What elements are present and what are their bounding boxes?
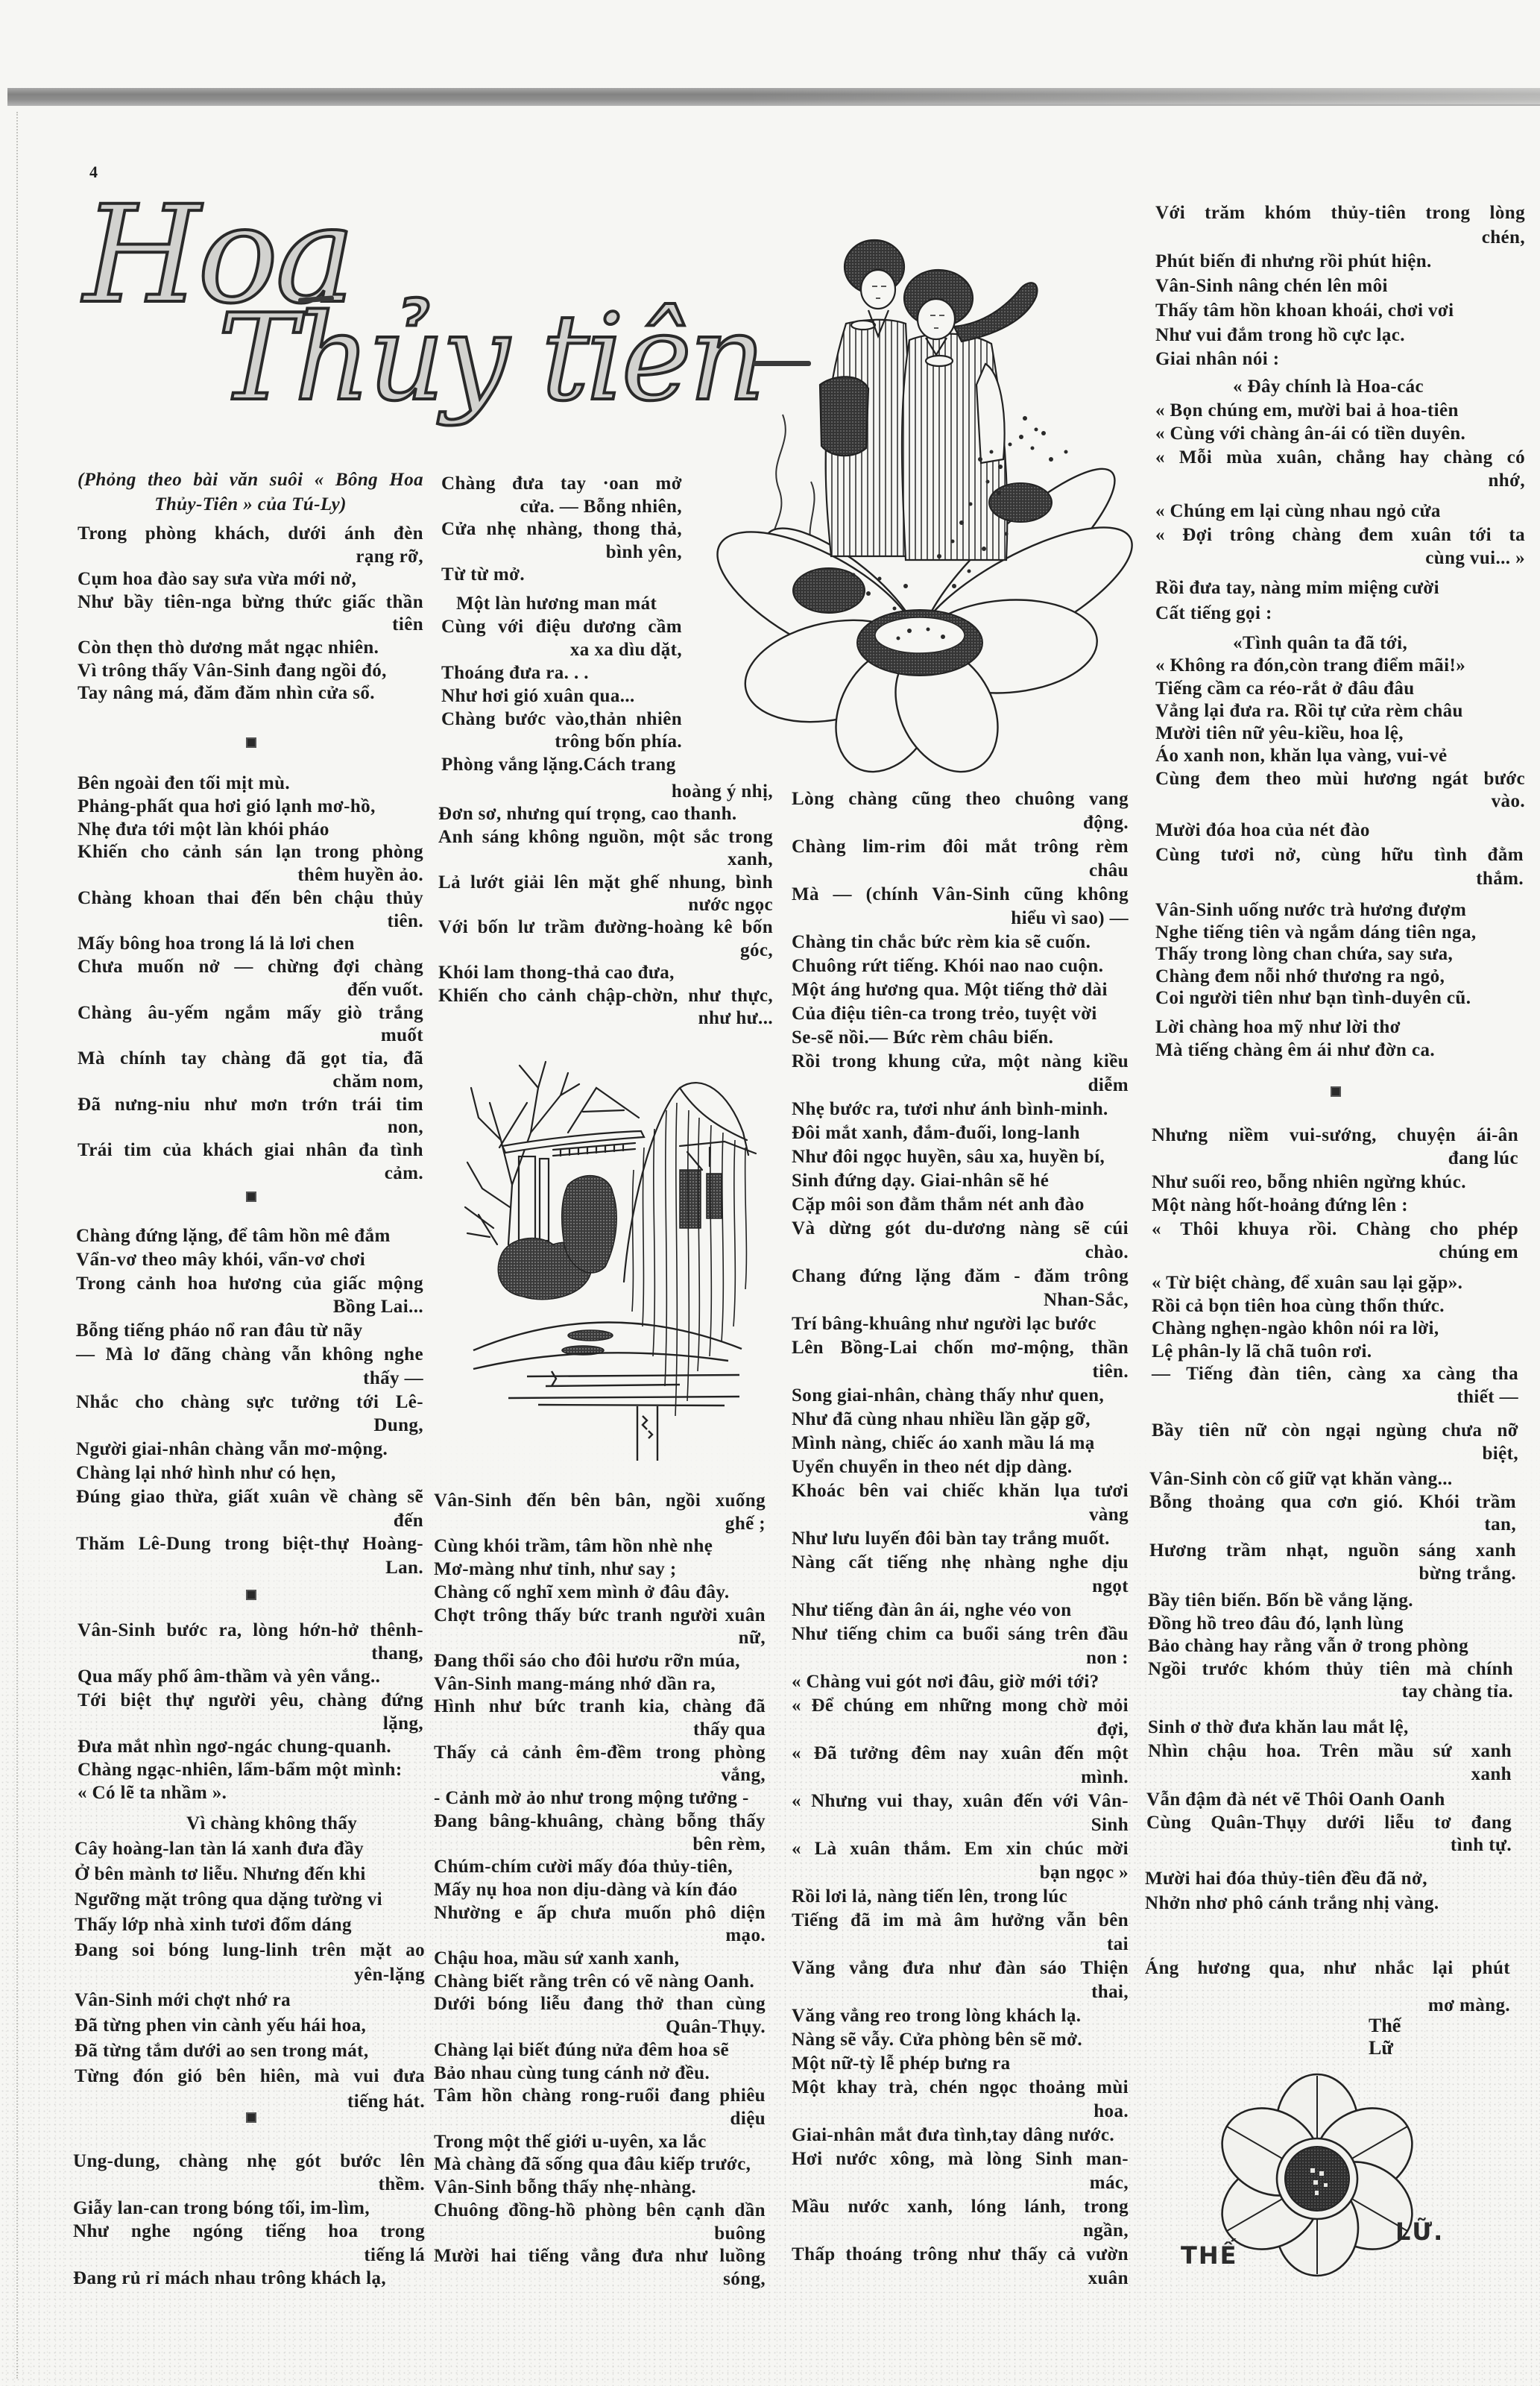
verse-line: Bầy tiên nữ còn ngại ngùng chưa nỡ xyxy=(1152,1420,1518,1443)
verse-line: Bảo nhau cùng tung cánh nở đều. xyxy=(434,2062,766,2086)
verse-line: « Bọn chúng em, mười bai ả hoa-tiên xyxy=(1155,399,1525,423)
verse-line-continuation: Nhan-Sắc, xyxy=(792,1288,1129,1312)
verse-line: Như bầy tiên-nga bừng thức giấc thần xyxy=(78,591,423,614)
verse-line-continuation: thêm huyền ảo. xyxy=(78,864,423,887)
section-separator xyxy=(246,1590,256,1600)
verse-line: Rồi lơi lả, nàng tiến lên, trong lúc xyxy=(792,1885,1129,1909)
verse-line: Mấy nụ hoa non dịu-dàng và kín đáo xyxy=(434,1879,766,1902)
verse-line: Vân-Sinh nâng chén lên môi xyxy=(1155,274,1525,299)
stanza: Chàng đứng lặng, để tâm hồn mê đắmVẩn-vơ… xyxy=(76,1224,423,1580)
verse-line: Như đã cùng nhau nhiều lần gặp gỡ, xyxy=(792,1408,1129,1432)
verse-line: Chàng lim-rim đôi mắt trông rèm xyxy=(792,835,1129,859)
emblem-signature-right: LỮ. xyxy=(1395,2217,1444,2246)
verse-line: Thấy tâm hồn khoan khoái, chơi vơi xyxy=(1155,299,1525,324)
verse-line: Thấp thoáng trông như thấy cả vườn xyxy=(792,2243,1129,2267)
verse-line: — Tiếng đàn tiên, càng xa càng tha xyxy=(1152,1363,1518,1386)
verse-line: Tới biệt thự người yêu, chàng đứng xyxy=(78,1689,423,1712)
verse-line: Bảo chàng hay rằng vẫn ở trong phòng xyxy=(1148,1635,1513,1658)
verse-line: (Phỏng theo bài văn suôi « Bông Hoa xyxy=(78,468,423,492)
verse-line: Chàng lại biết đúng nửa đêm hoa sẽ xyxy=(434,2039,766,2062)
verse-line-continuation: tay chàng tỉa. xyxy=(1148,1681,1513,1704)
verse-line: Như suối reo, bỗng nhiên ngừng khúc. xyxy=(1152,1171,1518,1194)
verse-line: « Đây chính là Hoa-các xyxy=(1155,375,1525,399)
verse-line: Vẩn-vơ theo mây khói, vẩn-vơ chơi xyxy=(76,1248,423,1272)
verse-line: Đúng giao thừa, giất xuân về chàng sẽ xyxy=(76,1485,423,1509)
verse-line: Trí bâng-khuâng như người lạc bước xyxy=(792,1312,1129,1336)
section-separator xyxy=(246,737,256,748)
verse-line-continuation: Quân-Thụy. xyxy=(434,2016,766,2039)
verse-line: Mà chính tay chàng đã gọt tỉa, đã xyxy=(78,1048,423,1071)
verse-line: Như nghe ngóng tiếng hoa trong xyxy=(73,2220,425,2243)
verse-line: Cùng đem theo mùi hương ngát bước xyxy=(1155,768,1525,790)
verse-line: Nhẹ bước ra, tươi như ánh bình-minh. xyxy=(792,1098,1129,1121)
verse-line-continuation: hoa. xyxy=(792,2100,1129,2124)
verse-line: Từ từ mở. xyxy=(441,564,682,587)
verse-line: Mà — (chính Vân-Sinh cũng không xyxy=(792,883,1129,907)
verse-line-continuation: ngọt xyxy=(792,1575,1129,1599)
verse-line: Anh sáng không nguồn, một sắc trong xyxy=(438,826,773,849)
verse-line-continuation: chén, xyxy=(1155,226,1525,251)
verse-line: Chàng cố nghĩ xem mình ở đâu đây. xyxy=(434,1581,766,1605)
verse-line: Cặp môi son đằm thắm nét anh đào xyxy=(792,1193,1129,1217)
verse-line: Ngưỡng mặt trông qua dặng tường vi xyxy=(75,1887,425,1913)
stanza: Với trăm khóm thủy-tiên trong lòngchén,P… xyxy=(1155,201,1525,372)
verse-line-continuation: mình. xyxy=(792,1766,1129,1789)
verse-line-continuation: xuân xyxy=(792,2267,1129,2291)
verse-line-continuation: xa xa dìu dặt, xyxy=(441,639,682,662)
author-signature: Thế Lữ xyxy=(1369,2015,1401,2059)
verse-line: Hình như bức tranh kia, chàng đã xyxy=(434,1696,766,1719)
verse-line-continuation: Dung, xyxy=(76,1414,423,1438)
verse-line: Trong cảnh hoa hương của giấc mộng xyxy=(76,1272,423,1296)
verse-line: Nhẹ đưa tới một làn khói pháo xyxy=(78,819,423,842)
verse-line-continuation: non : xyxy=(792,1646,1129,1670)
verse-line: Lời chàng hoa mỹ như lời thơ xyxy=(1155,1016,1524,1039)
verse-line: Sinh đứng dạy. Giai-nhân sẽ hé xyxy=(792,1169,1129,1193)
stanza: Vẫn đậm đà nét vẽ Thôi Oanh OanhCùng Quâ… xyxy=(1146,1789,1512,1857)
verse-line: Một áng hương qua. Một tiếng thở dài xyxy=(792,978,1129,1002)
verse-line: Se-sẽ nồi.— Bức rèm châu biến. xyxy=(792,1026,1129,1050)
verse-line: Vẳng lại đưa ra. Rồi tự cửa rèm châu xyxy=(1155,700,1525,723)
stanza: Nhưng niềm vui-sướng, chuyện ái-ânđang l… xyxy=(1152,1124,1518,1264)
verse-line: Chàng khoan thai đến bên chậu thủy xyxy=(78,887,423,910)
verse-line-continuation: châu xyxy=(792,859,1129,883)
verse-line-continuation: thềm. xyxy=(73,2173,425,2196)
verse-line-continuation: như hư... xyxy=(438,1007,773,1030)
verse-line: Và dừng gót du-dương nàng sẽ cúi xyxy=(792,1217,1129,1241)
stanza: Trong phòng khách, dưới ánh đènrạng rỡ,C… xyxy=(78,523,423,705)
verse-line: « Cùng với chàng ân-ái có tiền duyên. xyxy=(1155,422,1525,446)
verse-line: Phút biến đi nhưng rồi phút hiện. xyxy=(1155,250,1525,274)
verse-line-continuation: biệt, xyxy=(1152,1443,1518,1466)
verse-line: Đang rủ rỉ mách nhau trông khách lạ, xyxy=(73,2267,425,2290)
verse-line-continuation: ghế ; xyxy=(434,1513,766,1536)
verse-line: Cùng với điệu dương cầm xyxy=(441,616,682,639)
verse-line: Mười đóa hoa của nét đào xyxy=(1155,819,1524,843)
stanza: Lòng chàng cũng theo chuông vangđộng.Chà… xyxy=(792,787,1129,2291)
verse-line: Ở bên mành tơ liễu. Nhưng đến khi xyxy=(75,1862,425,1887)
verse-line-continuation: hiểu vì sao) — xyxy=(792,907,1129,931)
verse-line: Áo xanh non, khăn lụa vàng, vui-vẻ xyxy=(1155,745,1525,767)
verse-line: Chàng đưa tay ·oan mở xyxy=(441,473,682,496)
verse-line: Giai nhân nói : xyxy=(1155,347,1525,372)
verse-line: « Có lẽ ta nhầm ». xyxy=(78,1781,423,1804)
verse-line: Bên ngoài đen tối mịt mù. xyxy=(78,772,423,796)
stanza: Rồi đưa tay, nàng mỉm miệng cườiCất tiến… xyxy=(1155,576,1525,626)
verse-line: Thoáng đưa ra. . . xyxy=(441,662,682,685)
verse-line-continuation: bừng trắng. xyxy=(1149,1563,1516,1586)
verse-line: « Là xuân thắm. Em xin chúc mời xyxy=(792,1837,1129,1861)
verse-line: Cửa nhẹ nhàng, thong thả, xyxy=(441,518,682,541)
section-separator xyxy=(1331,1086,1341,1097)
verse-line: Rồi đưa tay, nàng mỉm miệng cười xyxy=(1155,576,1525,601)
verse-line: « Thôi khuya rồi. Chàng cho phép xyxy=(1152,1218,1518,1241)
verse-line: Lả lướt giải lên mặt ghế nhung, bình xyxy=(438,872,773,894)
verse-line: Lệ phân-ly lã chã tuôn rơi. xyxy=(1152,1341,1518,1364)
verse-line-continuation: tiếng lá xyxy=(73,2244,425,2267)
verse-line: Chang đứng lặng đăm - đăm trông xyxy=(792,1265,1129,1288)
verse-line: Văng vẳng đưa như đàn sáo Thiện xyxy=(792,1957,1129,1980)
left-margin-rule xyxy=(16,112,18,2379)
verse-line-continuation: buông xyxy=(434,2223,766,2246)
stanza: « Đây chính là Hoa-các« Bọn chúng em, mư… xyxy=(1155,375,1525,493)
stanza: «Tình quân ta đã tới,« Không ra đón,còn … xyxy=(1155,632,1525,813)
stanza: « Từ biệt chàng, để xuân sau lại gặp».Rồ… xyxy=(1152,1272,1518,1409)
verse-line: Đã từng phen vin cành yếu hái hoa, xyxy=(75,2013,425,2039)
verse-line: Đưa mắt nhìn ngơ-ngác chung-quanh. xyxy=(78,1735,423,1758)
verse-line: Mười tiên nữ yêu-kiều, hoa lệ, xyxy=(1155,723,1525,745)
stanza: Chàng đưa tay ·oan mởcửa. — Bỗng nhiên,C… xyxy=(441,473,682,587)
verse-line: Đã nưng-niu như mơn trớn trái tim xyxy=(78,1094,423,1117)
verse-line: Tiếng cầm ca réo-rắt ở đâu đâu xyxy=(1155,678,1525,700)
verse-line-continuation: đợi, xyxy=(792,1718,1129,1742)
verse-line: Bỗng tiếng pháo nổ ran đâu từ nãy xyxy=(76,1319,423,1343)
stanza: Bầy tiên biến. Bốn bề vắng lặng.Đồng hồ … xyxy=(1148,1590,1513,1704)
stanza: Vì chàng không thấyCây hoàng-lan tàn lá … xyxy=(75,1811,425,2115)
verse-line: Cùng khói trầm, tâm hồn nhè nhẹ xyxy=(434,1535,766,1558)
verse-line: Vân-Sinh còn cố giữ vạt khăn vàng... xyxy=(1149,1468,1516,1491)
verse-line-continuation: rạng rỡ, xyxy=(78,546,423,569)
verse-line-continuation: sóng, xyxy=(434,2268,766,2291)
verse-line-continuation: xanh, xyxy=(438,849,773,871)
verse-line-continuation: bạn ngọc » xyxy=(792,1861,1129,1885)
verse-line: Đôi mắt xanh, đắm-đuối, long-lanh xyxy=(792,1121,1129,1145)
verse-line: Mà tiếng chàng êm ái như đờn ca. xyxy=(1155,1039,1524,1063)
verse-line: Cất tiếng gọi : xyxy=(1155,601,1525,626)
verse-line: « Để chúng em những mong chờ mỏi xyxy=(792,1694,1129,1718)
verse-line-continuation: xanh xyxy=(1148,1763,1512,1787)
verse-line: Thấy cả cảnh êm-đềm trong phòng xyxy=(434,1742,766,1765)
stanza: Lời chàng hoa mỹ như lời thơMà tiếng chà… xyxy=(1155,1016,1524,1062)
verse-line-continuation: hoàng ý nhị, xyxy=(438,781,773,803)
verse-line: Một khay trà, chén ngọc thoảng mùi xyxy=(792,2076,1129,2100)
stanza: Vân-Sinh uống nước trà hương đượmNghe ti… xyxy=(1155,899,1524,1010)
verse-line: Chàng đem nỗi nhớ thương ra ngỏ, xyxy=(1155,966,1524,988)
verse-line-continuation: tan, xyxy=(1149,1514,1516,1537)
verse-line: Từng đón gió bên hiên, mà vui đưa xyxy=(75,2064,425,2089)
verse-line: Ung-dung, chàng nhẹ gót bước lên xyxy=(73,2150,425,2173)
verse-line-continuation: cửa. — Bỗng nhiên, xyxy=(441,496,682,519)
verse-line: Tiếng đã im mà âm hưởng vẫn bên xyxy=(792,1909,1129,1933)
verse-line: Thăm Lê-Dung trong biệt-thự Hoàng- xyxy=(76,1532,423,1556)
verse-line-continuation: tiên xyxy=(78,614,423,637)
verse-line: « Đã tưởng đêm nay xuân đến một xyxy=(792,1742,1129,1766)
verse-line-continuation: động. xyxy=(792,811,1129,835)
verse-line: Đang thổi sáo cho đôi hươu rỡn múa, xyxy=(434,1650,766,1673)
verse-line: Tâm hồn chàng rong-ruổi đang phiêu xyxy=(434,2085,766,2108)
verse-line-continuation: vắng, xyxy=(434,1764,766,1787)
verse-line-continuation: tiên. xyxy=(792,1360,1129,1384)
verse-line: Rồi cả bọn tiên hoa cùng thổn thức. xyxy=(1152,1295,1518,1318)
verse-line: Đang bâng-khuâng, chàng bỗng thấy xyxy=(434,1810,766,1833)
fairies-narcissus-illustration xyxy=(693,236,1157,776)
verse-line: Mười hai tiếng vẳng đưa như luồng xyxy=(434,2245,766,2268)
verse-line: Vân-Sinh mới chợt nhớ ra xyxy=(75,1988,425,2013)
verse-line: « Không ra đón,còn trang điểm mãi!» xyxy=(1155,655,1525,677)
verse-line: Với trăm khóm thủy-tiên trong lòng xyxy=(1155,201,1525,226)
verse-line-continuation: cùng vui... » xyxy=(1155,547,1525,570)
verse-line: Nàng sẽ vẫy. Cửa phòng bên sẽ mở. xyxy=(792,2028,1129,2052)
verse-line: Bầy tiên biến. Bốn bề vắng lặng. xyxy=(1148,1590,1513,1613)
verse-line: Lên Bồng-Lai chốn mơ-mộng, thần xyxy=(792,1336,1129,1360)
verse-line: Như tiếng đàn ân ái, nghe véo von xyxy=(792,1599,1129,1622)
stanza: Mười hai đóa thủy-tiên đều đã nở,Nhởn nh… xyxy=(1145,1867,1510,1916)
verse-line: Chợt trông thấy bức tranh người xuân xyxy=(434,1605,766,1628)
stanza: Áng hương qua, như nhắc lại phútmơ màng. xyxy=(1145,1950,1510,2024)
verse-line: « Từ biệt chàng, để xuân sau lại gặp». xyxy=(1152,1272,1518,1295)
verse-line-continuation: nhớ, xyxy=(1155,469,1525,493)
verse-line-continuation: mạo. xyxy=(434,1924,766,1948)
verse-line-continuation: muốt xyxy=(78,1024,423,1048)
verse-line: Còn thẹn thò dương mắt ngạc nhiên. xyxy=(78,637,423,660)
page-header-band-fade xyxy=(745,88,1540,104)
verse-line-continuation: thiết — xyxy=(1152,1386,1518,1409)
verse-line: Bỗng thoảng qua cơn gió. Khói trầm xyxy=(1149,1491,1516,1514)
emblem-signature-left: THẾ xyxy=(1181,2241,1237,2270)
verse-line: « Nhưng vui thay, xuân đến với Vân- xyxy=(792,1789,1129,1813)
verse-line: Như đôi ngọc huyền, sâu xa, huyền bí, xyxy=(792,1145,1129,1169)
verse-line: Một nàng hốt-hoảng đứng lên : xyxy=(1152,1194,1518,1217)
verse-line: Hơi nước xông, mà lòng Sinh man- xyxy=(792,2147,1129,2171)
verse-line: Uyển chuyển in theo nét dịp dàng. xyxy=(792,1455,1129,1479)
verse-line-continuation: nước ngọc xyxy=(438,894,773,916)
verse-line: Khói lam thong-thả cao đưa, xyxy=(438,962,773,984)
stanza: Vân-Sinh còn cố giữ vạt khăn vàng...Bỗng… xyxy=(1149,1468,1516,1537)
verse-line: Qua mấy phố âm-thầm và yên vắng.. xyxy=(78,1665,423,1688)
verse-line: Như vui đắm trong hồ cực lạc. xyxy=(1155,324,1525,348)
verse-line: Nhắc cho chàng sực tưởng tới Lê- xyxy=(76,1391,423,1414)
verse-line: — Mà lơ đãng chàng vẫn không nghe xyxy=(76,1343,423,1367)
verse-line: Một nữ-tỳ lễ phép bưng ra xyxy=(792,2052,1129,2076)
title-line-2: Thủy tiên xyxy=(218,298,763,418)
verse-line: Vân-Sinh đến bên bân, ngồi xuống xyxy=(434,1490,766,1513)
verse-line: Phòng vắng lặng.Cách trang xyxy=(441,754,682,777)
verse-line-continuation: bên rèm, xyxy=(434,1833,766,1857)
verse-line-continuation: nữ, xyxy=(434,1627,766,1650)
verse-line-continuation: ngần, xyxy=(792,2219,1129,2243)
verse-line-continuation: thai, xyxy=(792,1980,1129,2004)
verse-line-continuation: thấy qua xyxy=(434,1719,766,1742)
stanza: Mười đóa hoa của nét đàoCùng tươi nở, cù… xyxy=(1155,819,1524,892)
verse-line: Vì chàng không thấy xyxy=(75,1811,425,1836)
verse-line: Chưa muốn nở — chừng đợi chàng xyxy=(78,956,423,979)
verse-line-continuation: tai xyxy=(792,1933,1129,1957)
verse-line: Vẫn đậm đà nét vẽ Thôi Oanh Oanh xyxy=(1146,1789,1512,1812)
verse-line-continuation: vàng xyxy=(792,1503,1129,1527)
verse-line: Trong một thế giới u-uyên, xa lắc xyxy=(434,2131,766,2154)
verse-line: Thủy-Tiên » của Tú-Ly) xyxy=(78,492,423,517)
verse-line-continuation: bình yên, xyxy=(441,541,682,564)
verse-line-continuation: diễm xyxy=(792,1074,1129,1098)
verse-line: Mầu nước xanh, lóng lánh, trong xyxy=(792,2195,1129,2219)
verse-line: « Chàng vui gót nơi đâu, giờ mới tới? xyxy=(792,1670,1129,1694)
verse-line: « Đợi trông chàng đem xuân tới ta xyxy=(1155,523,1525,547)
verse-line: Cụm hoa đào say sưa vừa mới nở, xyxy=(78,568,423,591)
verse-line: Người giai-nhân chàng vẫn mơ-mộng. xyxy=(76,1438,423,1461)
verse-line-continuation: vào. xyxy=(1155,790,1525,813)
stanza: Bầy tiên nữ còn ngại ngùng chưa nỡbiệt, xyxy=(1152,1420,1518,1465)
verse-line-continuation: Lan. xyxy=(76,1556,423,1580)
verse-line: Coi người tiên như bạn tình-duyên cũ. xyxy=(1155,987,1524,1010)
stanza: Ung-dung, chàng nhẹ gót bước lênthềm.Giẫ… xyxy=(73,2150,425,2290)
verse-line: Dưới bóng liễu đang thở than cùng xyxy=(434,1993,766,2016)
verse-line: Khoác bên vai chiếc khăn lụa tươi xyxy=(792,1479,1129,1503)
verse-line: Nghe tiếng tiên và ngắm dáng tiên nga, xyxy=(1155,922,1524,944)
verse-line: Như hơi gió xuân qua... xyxy=(441,685,682,708)
stanza: Một làn hương man mátCùng với điệu dương… xyxy=(441,593,682,777)
verse-line: Đang soi bóng lung-linh trên mặt ao xyxy=(75,1938,425,1963)
verse-line-continuation: trông bốn phía. xyxy=(441,731,682,754)
verse-line-continuation: đến vuốt. xyxy=(78,979,423,1002)
verse-line: Cùng Quân-Thụy dưới liễu tơ đang xyxy=(1146,1812,1512,1835)
verse-line: Chàng âu-yếm ngắm mấy giò trắng xyxy=(78,1002,423,1025)
verse-line: Văng vẳng reo trong lòng khách lạ. xyxy=(792,2004,1129,2028)
verse-line-continuation: lặng, xyxy=(78,1712,423,1735)
verse-line-continuation: tình tự. xyxy=(1146,1834,1512,1857)
verse-line-continuation: chào. xyxy=(792,1241,1129,1265)
verse-line: Đã từng tắm dưới ao sen trong mát, xyxy=(75,2039,425,2064)
verse-line-continuation: cảm. xyxy=(78,1162,423,1186)
verse-line: Với bốn lư trầm đường-hoàng kê bốn xyxy=(438,916,773,939)
verse-line: Thấy lớp nhà xinh tươi đổm dáng xyxy=(75,1913,425,1938)
verse-line-continuation: thắm. xyxy=(1155,867,1524,892)
verse-line: Ngồi trước khóm thủy tiên mà chính xyxy=(1148,1658,1513,1681)
verse-line: Chàng bước vào,thản nhiên xyxy=(441,708,682,731)
verse-line-continuation: góc, xyxy=(438,939,773,962)
verse-line: Như tiếng chim ca buổi sáng trên đầu xyxy=(792,1622,1129,1646)
verse-line: Nhường e ấp chưa muốn phô diện xyxy=(434,1902,766,1925)
verse-line: Lòng chàng cũng theo chuông vang xyxy=(792,787,1129,811)
verse-line: Nhởn nhơ phô cánh trắng nhị vàng. xyxy=(1145,1892,1510,1916)
verse-line: Mình nàng, chiếc áo xanh mầu lá mạ xyxy=(792,1432,1129,1455)
verse-line: Khiến cho cảnh chập-chờn, như thực, xyxy=(438,985,773,1007)
verse-line: «Tình quân ta đã tới, xyxy=(1155,632,1525,655)
verse-line-continuation: tiên. xyxy=(78,910,423,934)
verse-line: Chàng lại nhớ hình như có hẹn, xyxy=(76,1461,423,1485)
verse-line: - Cảnh mờ ảo như trong mộng tưởng - xyxy=(434,1787,766,1810)
verse-line: Phảng-phất qua hơi gió lạnh mơ-hồ, xyxy=(78,796,423,819)
verse-line: Mơ-màng như tỉnh, như say ; xyxy=(434,1558,766,1581)
verse-line: Nhìn chậu hoa. Trên mầu sứ xanh xyxy=(1148,1740,1512,1763)
verse-line-continuation: yên-lặng xyxy=(75,1962,425,1988)
verse-line-continuation: chúng em xyxy=(1152,1241,1518,1264)
verse-line: Mười hai đóa thủy-tiên đều đã nở, xyxy=(1145,1867,1510,1892)
verse-line: Vân-Sinh bước ra, lòng hớn-hở thênh- xyxy=(78,1619,423,1642)
verse-line-continuation: tiếng hát. xyxy=(75,2089,425,2115)
stanza: « Chúng em lại cùng nhau ngỏ cửa« Đợi tr… xyxy=(1155,500,1525,570)
verse-line-continuation: diệu xyxy=(434,2108,766,2131)
stanza: Vân-Sinh bước ra, lòng hớn-hở thênh-than… xyxy=(78,1619,423,1805)
verse-line: Tay nâng má, đăm đăm nhìn cửa sổ. xyxy=(78,682,423,705)
verse-line: Hương trầm nhạt, nguồn sáng xanh xyxy=(1149,1540,1516,1563)
verse-line: Chuông rứt tiếng. Khói nao nao cuộn. xyxy=(792,954,1129,978)
verse-line: Chàng đứng lặng, để tâm hồn mê đắm xyxy=(76,1224,423,1248)
verse-line: Chúm-chím cười mấy đóa thủy-tiên, xyxy=(434,1856,766,1879)
verse-line: Giẫy lan-can trong bóng tối, im-lìm, xyxy=(73,2197,425,2220)
verse-line-continuation: mác, xyxy=(792,2171,1129,2195)
verse-line: Thấy trong lòng chan chứa, say sưa, xyxy=(1155,943,1524,966)
verse-line: « Chúng em lại cùng nhau ngỏ cửa xyxy=(1155,500,1525,523)
stanza: Hương trầm nhạt, nguồn sáng xanhbừng trắ… xyxy=(1149,1540,1516,1585)
subtitle-attribution: (Phỏng theo bài văn suôi « Bông HoaThủy-… xyxy=(78,468,423,517)
section-separator xyxy=(246,1192,256,1202)
verse-line: Rồi trong khung cửa, một nàng kiều xyxy=(792,1050,1129,1074)
verse-line: Song giai-nhân, chàng thấy như quen, xyxy=(792,1384,1129,1408)
verse-line: Đơn sơ, nhưng quí trọng, cao thanh. xyxy=(438,803,773,825)
stanza: Sinh ơ thờ đưa khăn lau mắt lệ,Nhìn chậu… xyxy=(1148,1716,1512,1787)
verse-line: « Mỗi mùa xuân, chẳng hay chàng có xyxy=(1155,446,1525,470)
verse-line: Cùng tươi nở, cùng hữu tình đằm xyxy=(1155,843,1524,868)
verse-line-continuation: chăm nom, xyxy=(78,1071,423,1094)
stanza: hoàng ý nhị,Đơn sơ, nhưng quí trọng, cao… xyxy=(438,781,773,1030)
section-separator xyxy=(246,2112,256,2123)
verse-line: Cây hoàng-lan tàn lá xanh đưa đầy xyxy=(75,1836,425,1862)
verse-line: Áng hương qua, như nhắc lại phút xyxy=(1145,1950,1510,1987)
verse-line-continuation: đến xyxy=(76,1509,423,1533)
verse-line: Chàng ngạc-nhiên, lẩm-bẩm một mình: xyxy=(78,1758,423,1781)
verse-line: Sinh ơ thờ đưa khăn lau mắt lệ, xyxy=(1148,1716,1512,1740)
verse-line: Chàng biết rằng trên có vẽ nàng Oanh. xyxy=(434,1971,766,1994)
verse-line: Chuông đồng-hồ phòng bên cạnh dần xyxy=(434,2200,766,2223)
verse-line-continuation: Bồng Lai... xyxy=(76,1295,423,1319)
verse-line: Vân-Sinh mang-máng nhớ dần ra, xyxy=(434,1673,766,1696)
verse-line: Chàng nghẹn-ngào khôn nói ra lời, xyxy=(1152,1318,1518,1341)
verse-line: Vân-Sinh bỗng thấy nhẹ-nhàng. xyxy=(434,2176,766,2200)
stanza: Vân-Sinh đến bên bân, ngồi xuốngghế ;Cùn… xyxy=(434,1490,766,2291)
verse-line-continuation: Sinh xyxy=(792,1813,1129,1837)
verse-line: Chàng tin chắc bức rèm kia sẽ cuốn. xyxy=(792,931,1129,954)
verse-line-continuation: non, xyxy=(78,1116,423,1139)
verse-line-continuation: thấy — xyxy=(76,1367,423,1391)
stanza: Bên ngoài đen tối mịt mù.Phảng-phất qua … xyxy=(78,772,423,1186)
verse-line: Khiến cho cảnh sán lạn trong phòng xyxy=(78,841,423,864)
verse-line: Của điệu tiên-ca trong trẻo, tuyệt vời xyxy=(792,1002,1129,1026)
verse-line: Mấy bông hoa trong lá lả lơi chen xyxy=(78,933,423,956)
verse-line: Vì trông thấy Vân-Sinh đang ngồi đó, xyxy=(78,660,423,683)
verse-line: Một làn hương man mát xyxy=(441,593,682,616)
verse-line-continuation: mơ màng. xyxy=(1145,1987,1510,2024)
verse-line-continuation: đang lúc xyxy=(1152,1147,1518,1170)
verse-line: Nhưng niềm vui-sướng, chuyện ái-ân xyxy=(1152,1124,1518,1147)
verse-line: Đồng hồ treo đâu đó, lạnh lùng xyxy=(1148,1613,1513,1636)
verse-line: Trái tim của khách giai nhân đa tình xyxy=(78,1139,423,1162)
pavilion-willow-illustration xyxy=(456,1058,762,1461)
verse-line: Vân-Sinh uống nước trà hương đượm xyxy=(1155,899,1524,922)
verse-line: Chậu hoa, mầu sứ xanh xanh, xyxy=(434,1948,766,1971)
verse-line: Trong phòng khách, dưới ánh đèn xyxy=(78,523,423,546)
verse-line: Nàng cất tiếng nhẹ nhàng nghe dịu xyxy=(792,1551,1129,1575)
verse-line: Giai-nhân mắt đưa tình,tay dâng nước. xyxy=(792,2124,1129,2147)
